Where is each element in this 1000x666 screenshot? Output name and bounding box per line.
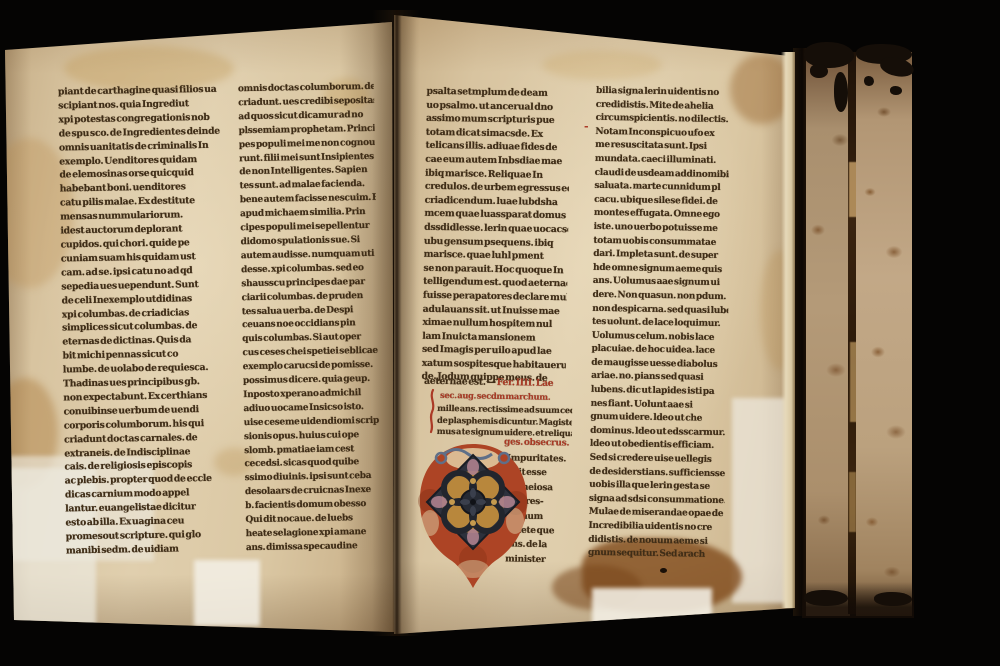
cover-top-tatter [804, 42, 854, 68]
text-line: lumbe. de uolabo de requiesca. [63, 361, 233, 378]
text-line: piant de carthagine quasi filios ua [58, 83, 228, 100]
repair-patch [194, 560, 260, 626]
text-line: uise ceseme uidendiomi scrip [244, 415, 380, 431]
text-line: omnis uanitatis de criminalis In [59, 138, 229, 155]
right-page-column-2: bilia signa lerin uidentis nocredidistis… [588, 85, 732, 565]
text-line: ans. dimissa specaudine [246, 540, 382, 556]
text-line: ciarii columbas. de pruden [241, 289, 377, 305]
text-line: manibi sedm. de uidiam [66, 541, 236, 558]
cover-top-tatter [864, 76, 874, 86]
cover-top-tatter [890, 86, 902, 95]
page-block-edge [781, 52, 795, 608]
line-black-part: aeternae est. — [424, 376, 497, 388]
red-paragraph-mark [428, 388, 437, 434]
cover-board-left [806, 50, 850, 616]
repair-patch [592, 588, 712, 636]
text-line: b. facientis domum obesso [245, 498, 381, 514]
illuminated-initial [414, 441, 532, 593]
gutter-shadow [372, 10, 420, 636]
speck [660, 568, 667, 573]
left-page-column-2: omnis doctas columborum. decriadunt. ues… [238, 81, 382, 565]
text-line: heate selagione xpi amane [246, 526, 382, 542]
cover-top-tatter [834, 72, 848, 112]
right-page-column-1: psalta setmplum de deamuo psalmo. ut anc… [421, 85, 570, 389]
crack-light-patch [849, 472, 856, 532]
line-red-part: Fer. IIII. Lae [497, 377, 554, 389]
book-fore-edge [790, 42, 918, 622]
margin-mark: - [584, 120, 589, 133]
cover-top-tatter [810, 64, 828, 78]
cover-bottom-tatter [874, 592, 912, 606]
rubric-line: sec. aug. secdm marchum. [440, 390, 570, 404]
text-line: gnum sequitur. Sed arach [588, 547, 724, 563]
stain [542, 50, 662, 80]
cover-bottom-tatter [804, 590, 848, 606]
photo-background: piant de carthagine quasi filios uascipi… [0, 0, 1000, 666]
cover-board-right [856, 52, 912, 616]
left-page-column-1: piant de carthagine quasi filios uascipi… [58, 83, 236, 562]
